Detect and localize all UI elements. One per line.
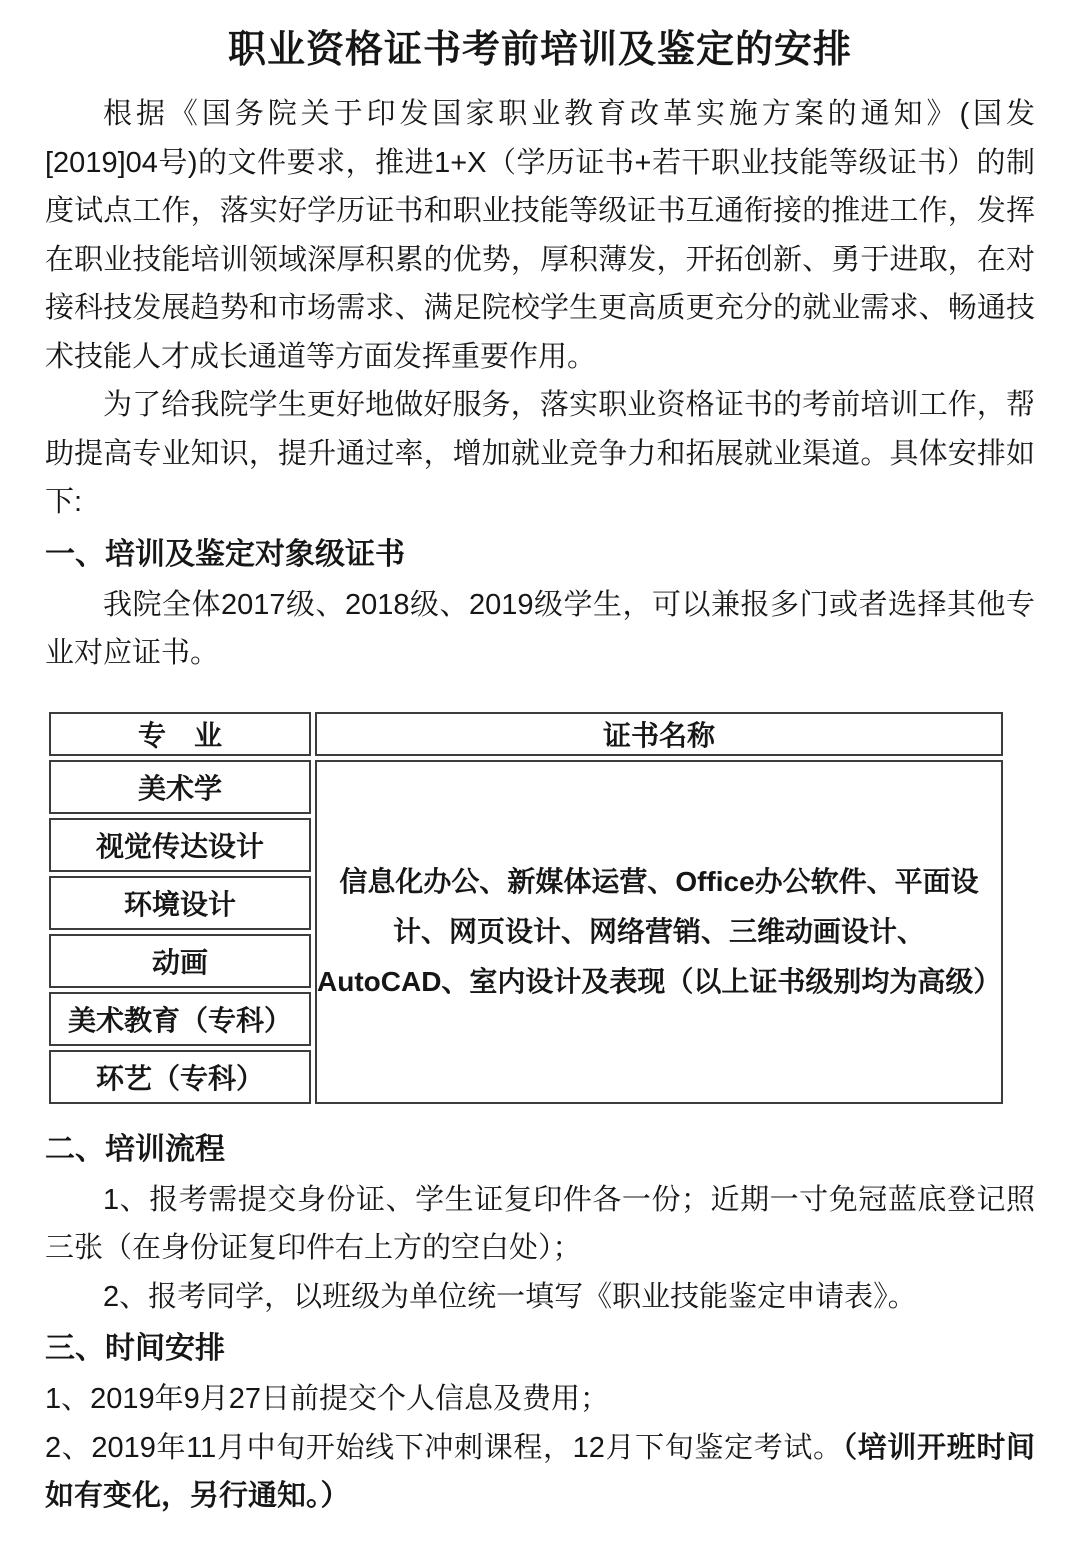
section2-item-2: 2、报考同学，以班级为单位统一填写《职业技能鉴定申请表》。 <box>45 1273 1035 1322</box>
major-cell: 动画 <box>49 934 311 988</box>
header-major: 专 业 <box>49 712 311 756</box>
table-row: 美术学 信息化办公、新媒体运营、Office办公软件、平面设计、网页设计、网络营… <box>49 760 1003 814</box>
section2-item-1: 1、报考需提交身份证、学生证复印件各一份；近期一寸免冠蓝底登记照三张（在身份证复… <box>45 1176 1035 1273</box>
section3-item-2: 2、2019年11月中旬开始线下冲刺课程，12月下旬鉴定考试。（培训开班时间如有… <box>45 1424 1035 1521</box>
certificate-list-cell: 信息化办公、新媒体运营、Office办公软件、平面设计、网页设计、网络营销、三维… <box>315 760 1003 1104</box>
intro-paragraph-2: 为了给我院学生更好地做好服务，落实职业资格证书的考前培训工作，帮助提高专业知识，… <box>45 381 1035 527</box>
major-cell: 美术教育（专科） <box>49 992 311 1046</box>
document-page: 职业资格证书考前培训及鉴定的安排 根据《国务院关于印发国家职业教育改革实施方案的… <box>0 0 1080 1545</box>
section1-paragraph: 我院全体2017级、2018级、2019级学生，可以兼报多门或者选择其他专业对应… <box>45 581 1035 678</box>
table-header-row: 专 业 证书名称 <box>49 712 1003 756</box>
major-cell: 环境设计 <box>49 876 311 930</box>
section3-heading: 三、时间安排 <box>45 1327 1035 1371</box>
section2-heading: 二、培训流程 <box>45 1128 1035 1172</box>
document-title: 职业资格证书考前培训及鉴定的安排 <box>45 24 1035 76</box>
header-certificate: 证书名称 <box>315 712 1003 756</box>
section3-item-2-text: 2、2019年11月中旬开始线下冲刺课程，12月下旬鉴定考试。 <box>45 1432 843 1464</box>
intro-paragraph-1: 根据《国务院关于印发国家职业教育改革实施方案的通知》(国发[2019]04号)的… <box>45 90 1035 381</box>
major-cell: 视觉传达设计 <box>49 818 311 872</box>
major-cell: 环艺（专科） <box>49 1050 311 1104</box>
majors-certificates-table: 专 业 证书名称 美术学 信息化办公、新媒体运营、Office办公软件、平面设计… <box>45 708 1007 1108</box>
section3-item-1: 1、2019年9月27日前提交个人信息及费用； <box>45 1375 1035 1424</box>
section1-heading: 一、培训及鉴定对象级证书 <box>45 533 1035 577</box>
major-cell: 美术学 <box>49 760 311 814</box>
